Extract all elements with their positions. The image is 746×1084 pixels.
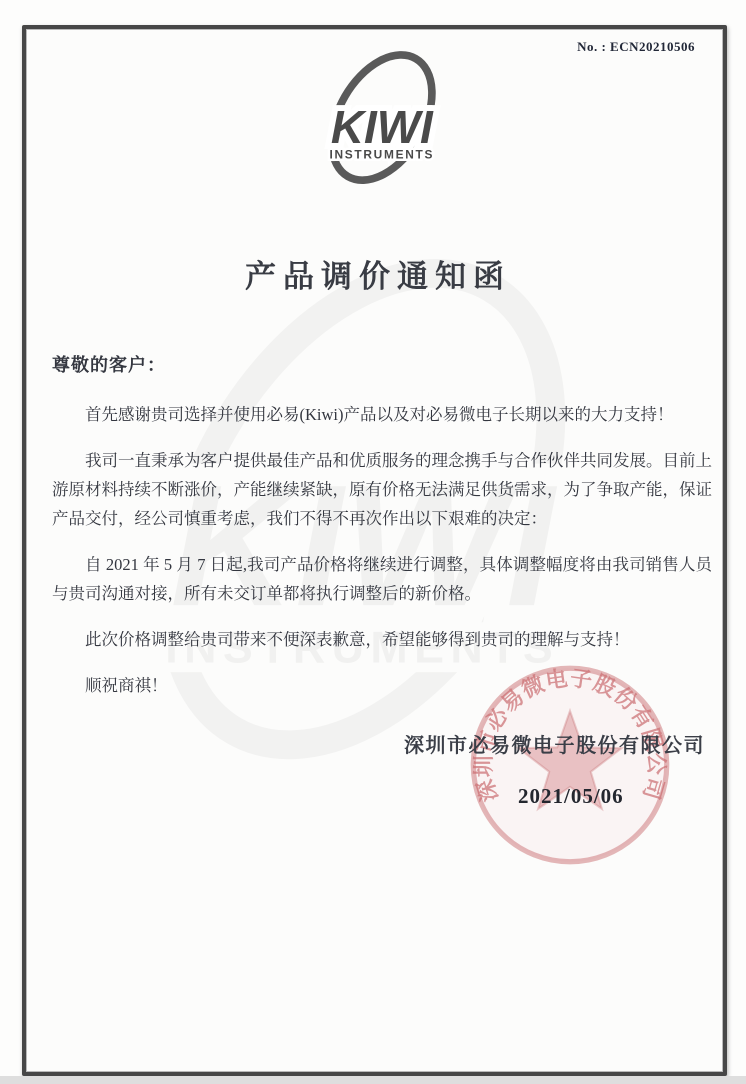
logo-subtitle: INSTRUMENTS [329, 147, 434, 161]
document-title: 产品调价通知函 [26, 251, 723, 296]
kiwi-logo: KIWI KIWI INSTRUMENTS INSTRUMENTS [296, 51, 466, 196]
paragraph-thanks: 首先感谢贵司选择并使用必易(Kiwi)产品以及对必易微电子长期以来的大力支持！ [52, 400, 712, 429]
paragraph-background: 我司一直秉承为客户提供最佳产品和优质服务的理念携手与合作伙伴共同发展。目前上游原… [52, 446, 712, 533]
letter-body: 尊敬的客户： 首先感谢贵司选择并使用必易(Kiwi)产品以及对必易微电子长期以来… [52, 351, 712, 700]
logo-wordmark: KIWI [330, 101, 433, 153]
company-seal: 深圳市必易微电子股份有限公司 [466, 661, 674, 869]
paragraph-decision: 自 2021 年 5 月 7 日起,我司产品价格将继续进行调整，具体调整幅度将由… [52, 550, 712, 608]
company-seal-graphic: 深圳市必易微电子股份有限公司 [466, 661, 674, 869]
scan-edge-shadow [0, 1076, 746, 1084]
document-ref-number: No. : ECN20210506 [577, 39, 695, 55]
signature-company: 深圳市必易微电子股份有限公司 [404, 729, 705, 758]
paragraph-apology: 此次价格调整给贵司带来不便深表歉意，希望能够得到贵司的理解与支持！ [52, 625, 712, 654]
salutation: 尊敬的客户： [52, 351, 712, 380]
page-border-frame: KIWI KIWI INSTRUMENTS INSTRUMENTS No. : … [22, 25, 727, 1076]
kiwi-logo-graphic: KIWI KIWI INSTRUMENTS INSTRUMENTS [296, 51, 466, 196]
signature-date: 2021/05/06 [518, 784, 624, 809]
